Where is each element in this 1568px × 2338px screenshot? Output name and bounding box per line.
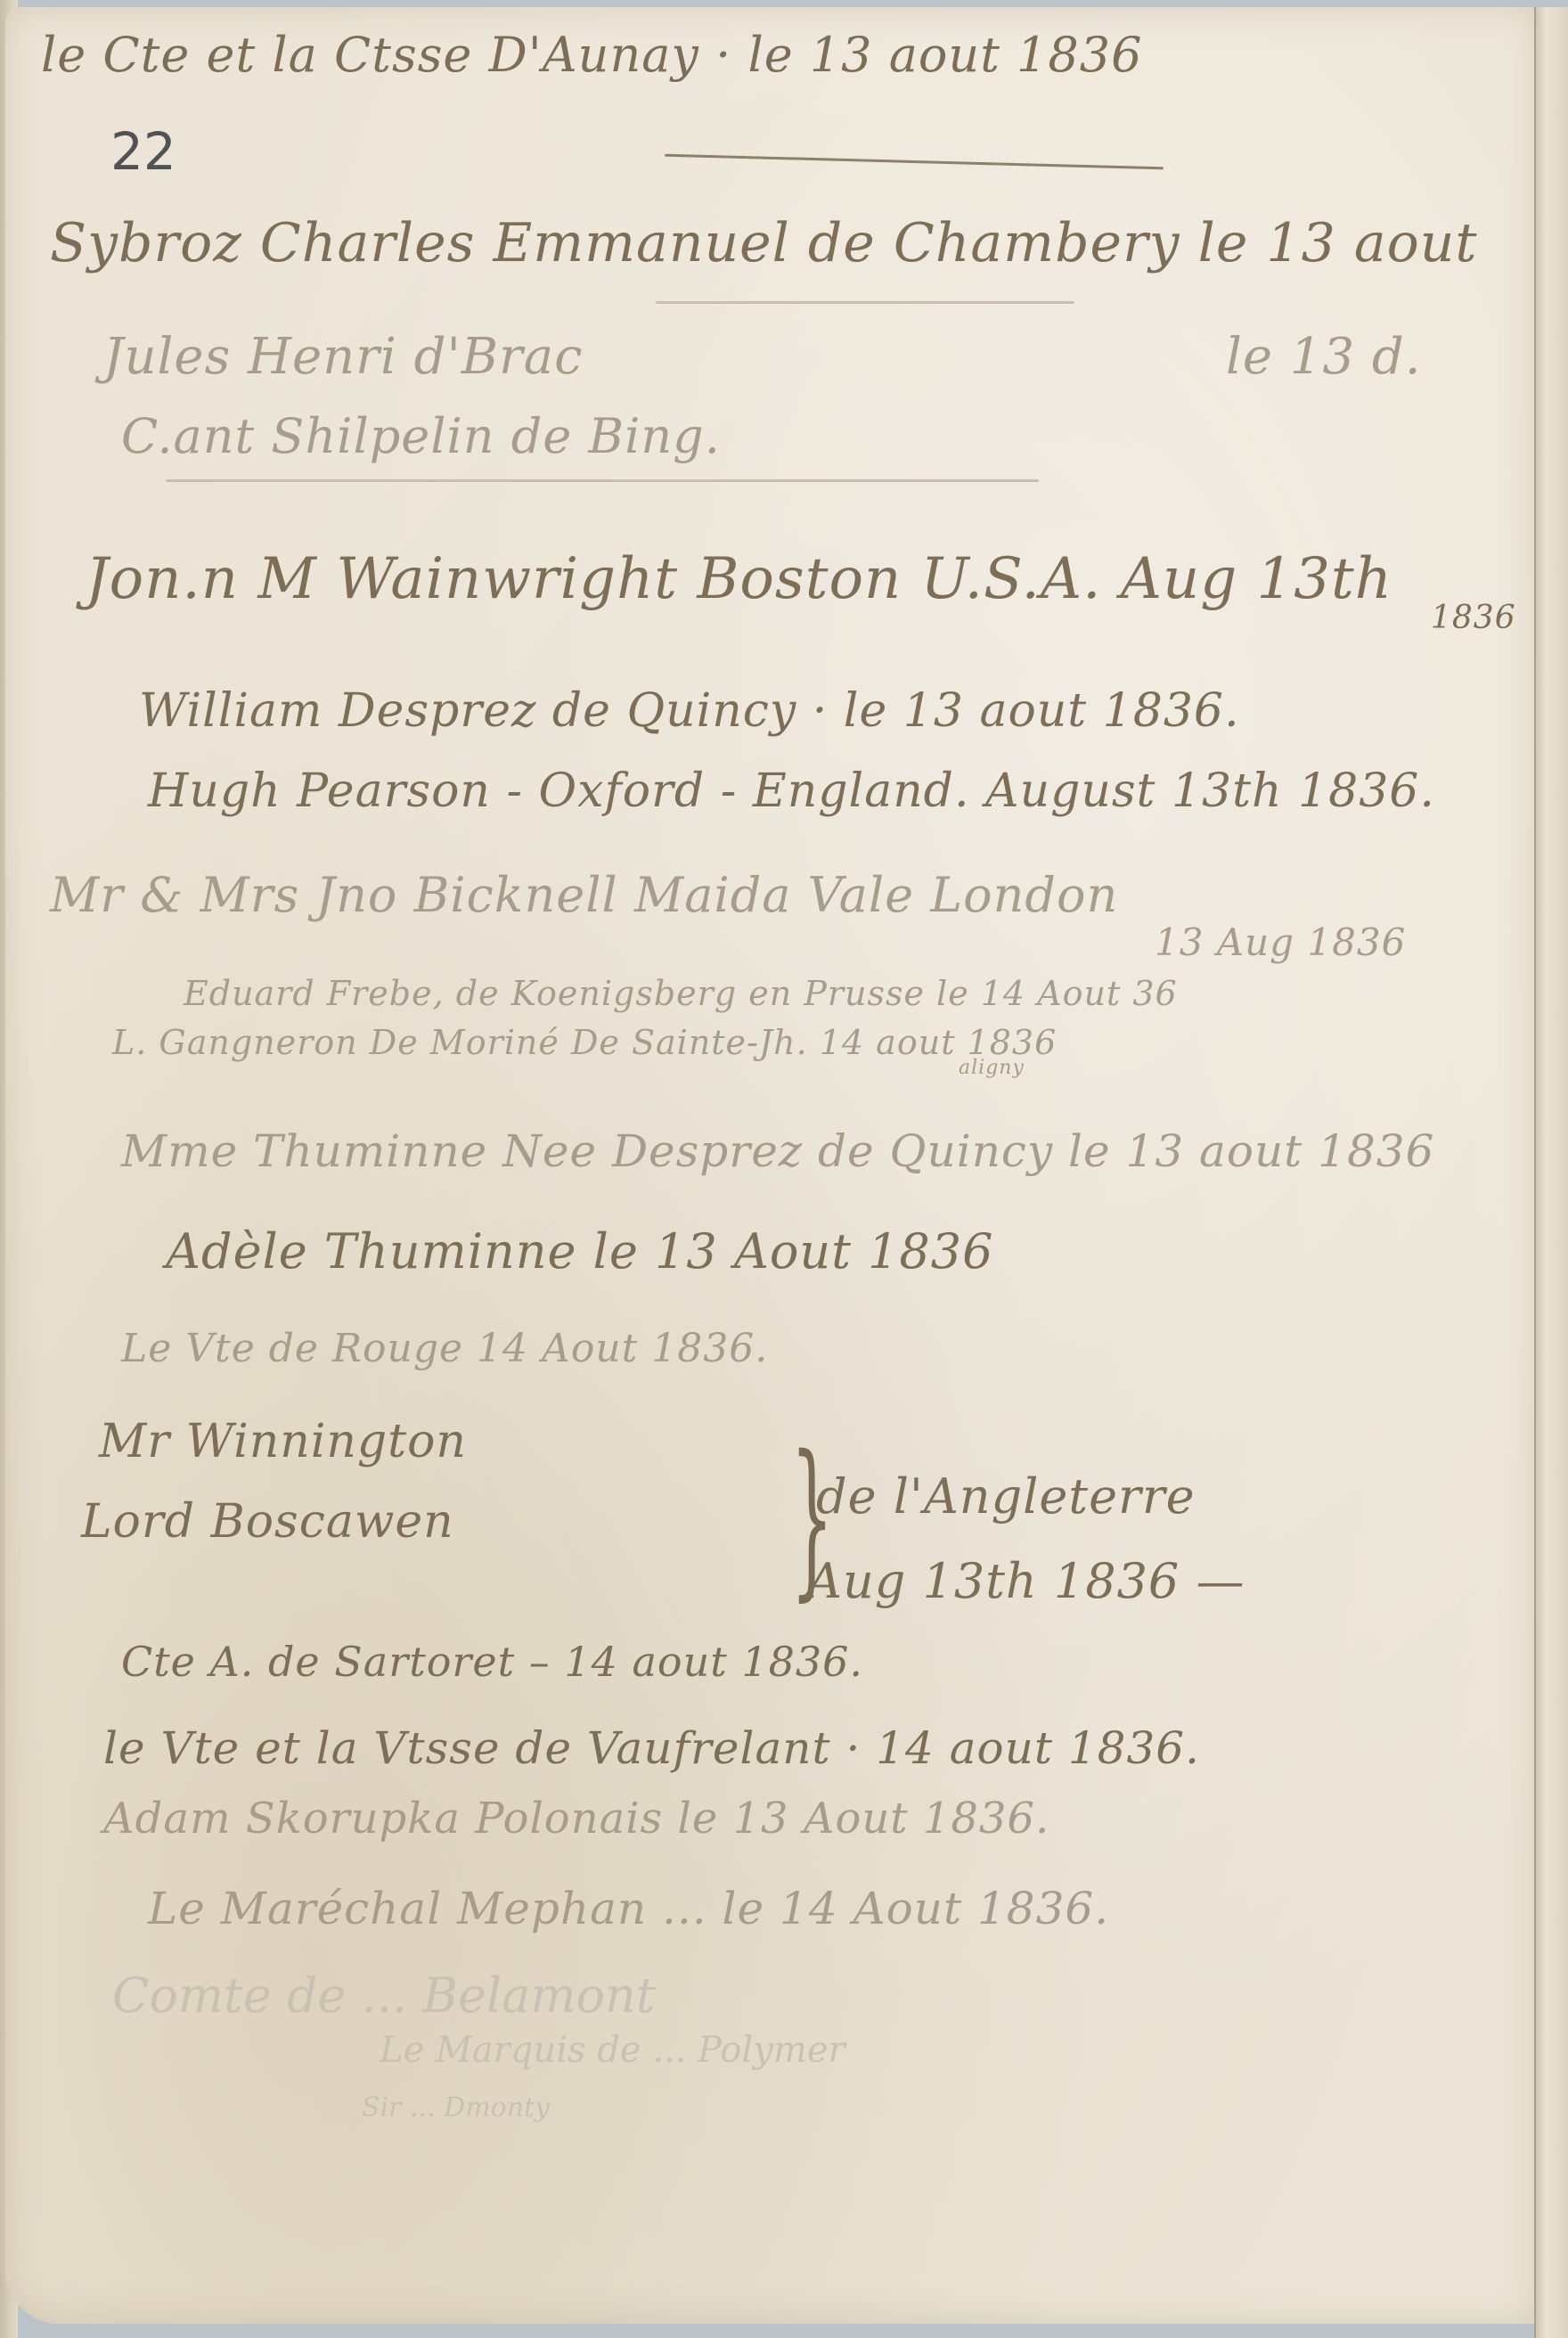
entry-14-name-2: Lord Boscawen — [81, 1495, 454, 1549]
entry-6: William Desprez de Quincy · le 13 aout 1… — [139, 684, 1240, 738]
divider-rule — [166, 479, 1039, 482]
entry-14-date: Aug 13th 1836 — — [807, 1553, 1245, 1609]
entry-10: L. Gangneron De Moriné De Sainte-Jh. 14 … — [112, 1023, 1057, 1062]
entry-17: Adam Skorupka Polonais le 13 Aout 1836. — [103, 1794, 1049, 1843]
entry-12: Adèle Thuminne le 13 Aout 1836 — [166, 1223, 994, 1279]
entry-11: Mme Thuminne Nee Desprez de Quincy le 13… — [121, 1125, 1434, 1177]
adjacent-page-edge — [1534, 7, 1568, 2338]
entry-7: Hugh Pearson - Oxford - England. August … — [148, 764, 1435, 818]
entry-4: C.ant Shilpelin de Bing. — [121, 408, 721, 464]
entry-2: Sybroz Charles Emmanuel de Chambery le 1… — [50, 212, 1477, 274]
entry-9: Eduard Frebe, de Koenigsberg en Prusse l… — [184, 974, 1178, 1013]
entry-1: le Cte et la Ctsse D'Aunay · le 13 aout … — [41, 27, 1142, 83]
entry-8-date: 13 Aug 1836 — [1155, 920, 1406, 964]
entry-15: Cte A. de Sartoret – 14 aout 1836. — [121, 1638, 863, 1686]
divider-rule — [656, 301, 1074, 304]
entry-10-note: aligny — [959, 1057, 1025, 1079]
entry-8: Mr & Mrs Jno Bicknell Maida Vale London — [50, 867, 1118, 923]
entry-16: le Vte et la Vtsse de Vaufrelant · 14 ao… — [103, 1722, 1200, 1774]
manuscript-page: 22 le Cte et la Ctsse D'Aunay · le 13 ao… — [5, 7, 1536, 2324]
entry-3: Jules Henri d'Brac — [103, 328, 584, 386]
entry-14-origin: de l'Angleterre — [816, 1468, 1196, 1525]
page-number: 22 — [110, 121, 176, 182]
bleed-through-text: Comte de ... Belamont — [112, 1967, 656, 2023]
entry-14-name-1: Mr Winnington — [99, 1415, 467, 1468]
entry-18: Le Maréchal Mephan ... le 14 Aout 1836. — [148, 1883, 1109, 1934]
entry-5-year: 1836 — [1431, 600, 1516, 636]
divider-rule — [665, 154, 1164, 170]
bleed-through-text: Sir ... Dmonty — [362, 2092, 550, 2123]
entry-13: Le Vte de Rouge 14 Aout 1836. — [121, 1326, 768, 1371]
entry-3-date: le 13 d. — [1226, 328, 1422, 386]
bleed-through-text: Le Marquis de ... Polymer — [380, 2030, 845, 2071]
entry-5: Jon.n M Wainwright Boston U.S.A. Aug 13t… — [86, 546, 1392, 612]
